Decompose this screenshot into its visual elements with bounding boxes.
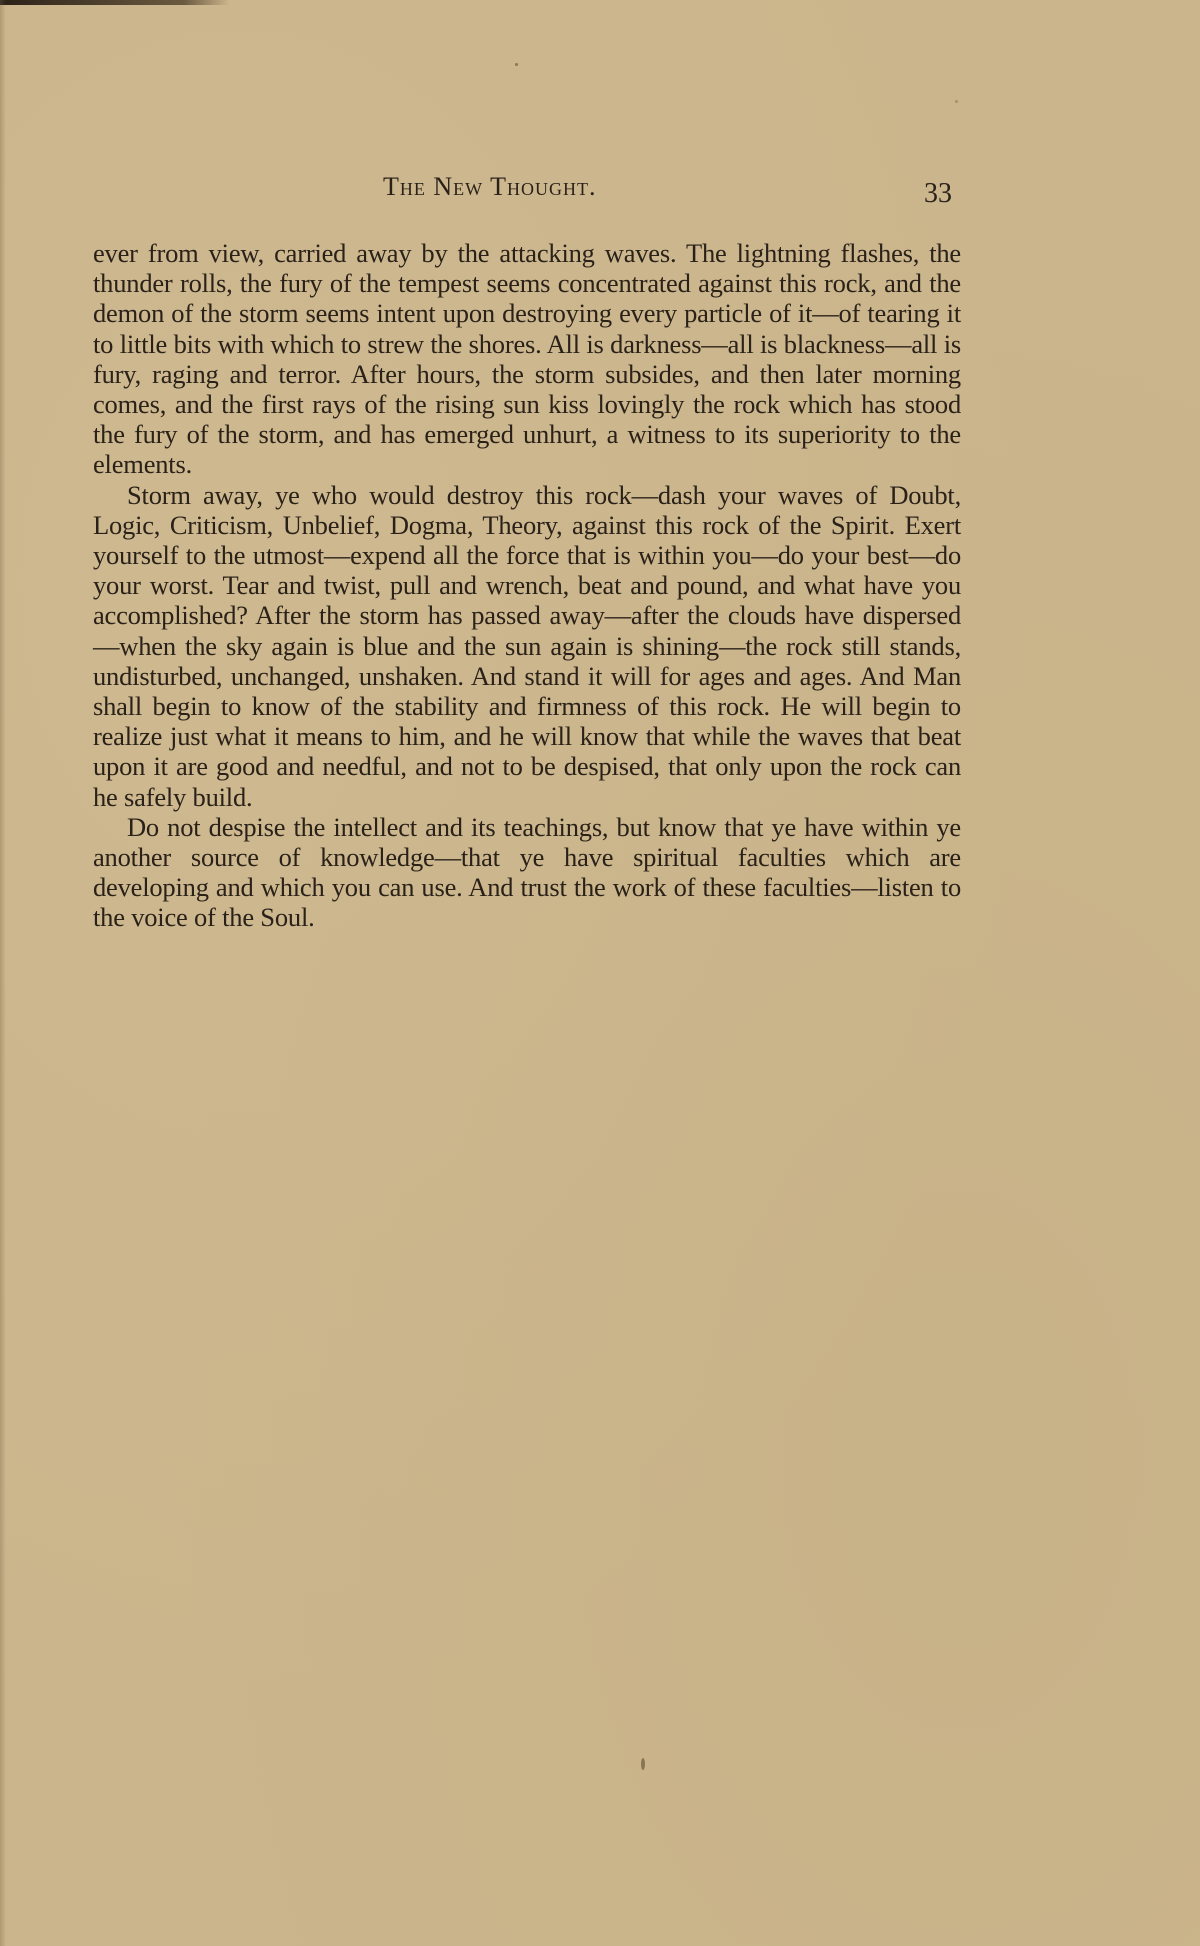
- page-edge-shadow: [0, 0, 230, 5]
- running-head: The New Thought. 33: [0, 172, 1200, 208]
- paragraph-2: Storm away, ye who would destroy this ro…: [93, 480, 961, 812]
- paragraph-3: Do not despise the intellect and its tea…: [93, 812, 961, 933]
- paper-speck: [515, 63, 518, 66]
- paper-speck: [641, 1758, 645, 1770]
- running-title: The New Thought.: [383, 172, 597, 202]
- page-number: 33: [924, 178, 952, 210]
- paper-speck: [955, 100, 958, 103]
- body-text: ever from view, carried away by the atta…: [93, 238, 961, 933]
- paragraph-1: ever from view, carried away by the atta…: [93, 238, 961, 480]
- binding-shadow: [0, 0, 6, 1946]
